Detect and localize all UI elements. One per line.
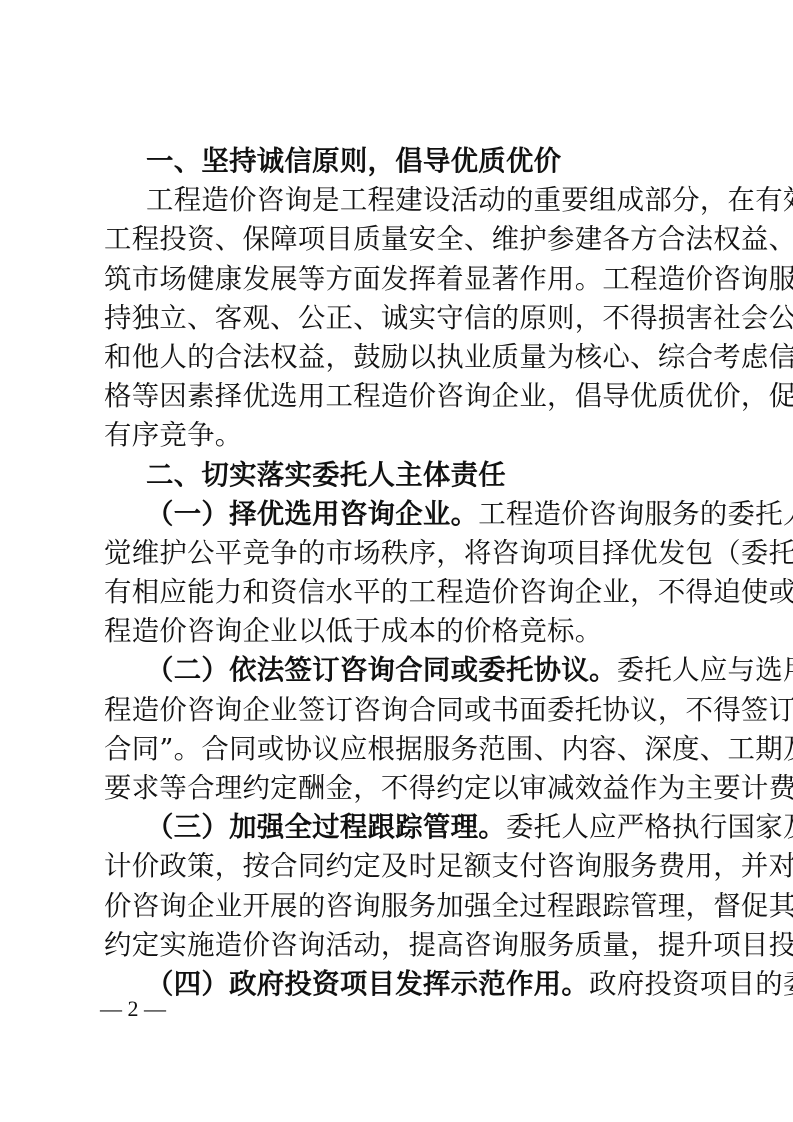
paragraph-line: 要求等合理约定酬金，不得约定以审减效益作为主要计费方式。	[104, 769, 690, 808]
paragraph-line: 价咨询企业开展的咨询服务加强全过程跟踪管理，督促其按合同	[104, 887, 690, 926]
subsection-text: 委托人应与选用的工	[617, 655, 793, 686]
document-page: 一、坚持诚信原则，倡导优质优价 工程造价咨询是工程建设活动的重要组成部分，在有效…	[104, 142, 690, 1004]
page-number: — 2 —	[100, 996, 166, 1022]
paragraph-line: 程造价咨询企业以低于成本的价格竞标。	[104, 612, 690, 651]
paragraph-line: 工程造价咨询是工程建设活动的重要组成部分，在有效控制	[104, 181, 690, 220]
subsection-first-line: （一）择优选用咨询企业。工程造价咨询服务的委托人应自	[104, 495, 690, 534]
paragraph-line: 觉维护公平竞争的市场秩序，将咨询项目择优发包（委托）给具	[104, 534, 690, 573]
subsection-text: 工程造价咨询服务的委托人应自	[478, 499, 793, 530]
section-heading-2: 二、切实落实委托人主体责任	[104, 456, 690, 495]
subsection-title: （四）政府投资项目发挥示范作用。	[146, 968, 589, 1000]
paragraph-line: 合同”。合同或协议应根据服务范围、内容、深度、工期及质量	[104, 730, 690, 769]
subsection-first-line: （三）加强全过程跟踪管理。委托人应严格执行国家及我省	[104, 808, 690, 847]
subsection-text: 委托人应严格执行国家及我省	[506, 812, 793, 843]
paragraph-line: 有相应能力和资信水平的工程造价咨询企业，不得迫使或诱导工	[104, 573, 690, 612]
paragraph-line: 格等因素择优选用工程造价咨询企业，倡导优质优价，促进行业	[104, 377, 690, 416]
paragraph-line: 约定实施造价咨询活动，提高咨询服务质量，提升项目投资效益。	[104, 926, 690, 965]
subsection-title: （三）加强全过程跟踪管理。	[146, 811, 506, 843]
subsection-first-line: （二）依法签订咨询合同或委托协议。委托人应与选用的工	[104, 651, 690, 690]
paragraph-line: 工程投资、保障项目质量安全、维护参建各方合法权益、促进建	[104, 220, 690, 259]
subsection-title: （一）择优选用咨询企业。	[146, 498, 478, 530]
section-heading-1: 一、坚持诚信原则，倡导优质优价	[104, 142, 690, 181]
paragraph-line: 有序竞争。	[104, 416, 690, 455]
subsection-title: （二）依法签订咨询合同或委托协议。	[146, 654, 617, 686]
paragraph-line: 筑市场健康发展等方面发挥着显著作用。工程造价咨询服务应坚	[104, 260, 690, 299]
paragraph-line: 和他人的合法权益，鼓励以执业质量为核心、综合考虑信用和价	[104, 338, 690, 377]
subsection-first-line: （四）政府投资项目发挥示范作用。政府投资项目的委托人	[104, 965, 690, 1004]
paragraph-line: 持独立、客观、公正、诚实守信的原则，不得损害社会公共利益	[104, 299, 690, 338]
paragraph-line: 计价政策，按合同约定及时足额支付咨询服务费用，并对工程造	[104, 847, 690, 886]
subsection-text: 政府投资项目的委托人	[589, 969, 793, 1000]
paragraph-line: 程造价咨询企业签订咨询合同或书面委托协议，不得签订“阴阳	[104, 691, 690, 730]
